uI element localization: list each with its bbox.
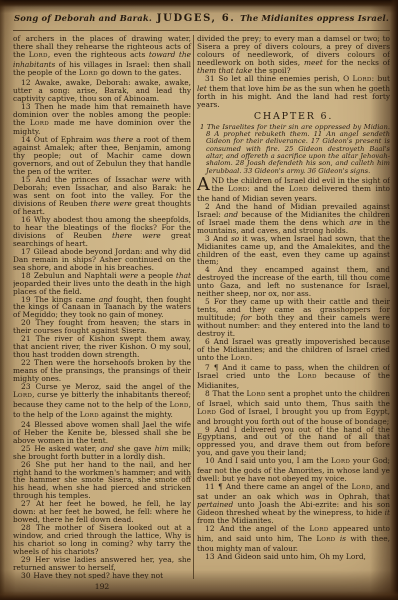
verse-paragraph: 5 For they came up with their cattle and… — [197, 298, 390, 338]
lord-smallcaps: LORD — [247, 389, 266, 398]
page-left-edge — [0, 0, 5, 600]
verse-number: 9 — [205, 425, 215, 434]
verse-paragraph: 28 The mother of Sisera looked out at a … — [13, 524, 191, 556]
drop-cap: A — [197, 177, 212, 192]
verse-paragraph: 6 And Israel was greatly impoverished be… — [197, 338, 390, 364]
chapter-heading: CHAPTER 6. — [197, 113, 390, 121]
lord-smallcaps: LORD — [228, 184, 247, 193]
page-bottom-edge — [0, 591, 398, 600]
verse-number: 7 — [205, 363, 214, 372]
verse-paragraph: 12 Awake, awake, Deborah: awake, awake, … — [13, 79, 191, 103]
verse-number: 25 — [21, 444, 34, 453]
verse-number: 31 — [205, 74, 218, 83]
lord-smallcaps: LORD — [169, 400, 188, 409]
lord-smallcaps: LORD — [351, 482, 370, 491]
verse-paragraph: 26 She put her hand to the nail, and her… — [13, 461, 191, 501]
verse-paragraph: 17 Gilead abode beyond Jordan: and why d… — [13, 248, 191, 272]
column-left: of archers in the places of drawing wate… — [13, 35, 191, 579]
verse-paragraph: AND the children of Israel did evil in t… — [197, 177, 390, 203]
verse-paragraph: 20 They fought from heaven; the stars in… — [13, 319, 191, 335]
lord-smallcaps: LORD — [29, 50, 48, 59]
verse-number: 10 — [205, 456, 218, 465]
verse-number: 8 — [205, 389, 213, 398]
verse-number: 13 — [21, 102, 35, 111]
verse-paragraph: 22 Then were the horsehoofs broken by th… — [13, 359, 191, 383]
verse-number: 5 — [205, 297, 214, 306]
bible-page: Song of Deborah and Barak. JUDGES, 6. Th… — [0, 0, 398, 600]
verse-paragraph: 27 At her feet he bowed, he fell, he lay… — [13, 500, 191, 524]
verse-number: 15 — [21, 175, 36, 184]
lord-smallcaps: LORD — [289, 184, 308, 193]
verse-number: 3 — [205, 234, 213, 243]
verse-number: 18 — [21, 271, 34, 280]
column-divider-rule — [193, 35, 194, 579]
running-head-left: Song of Deborah and Barak. — [14, 13, 152, 23]
lord-smallcaps: LORD — [353, 74, 372, 83]
verse-number: 30 — [21, 571, 33, 579]
verse-number: 28 — [21, 523, 36, 532]
verse-paragraph: 3 And so it was, when Israel had sown, t… — [197, 235, 390, 267]
verse-paragraph: 14 Out of Ephraim was there a root of th… — [13, 136, 191, 176]
verse-paragraph: 2 And the hand of Midian prevailed again… — [197, 203, 390, 235]
page-number: 192 — [13, 582, 191, 591]
verse-number: 29 — [21, 555, 35, 564]
verse-paragraph: of archers in the places of drawing wate… — [13, 35, 191, 79]
verse-paragraph: 4 And they encamped against them, and de… — [197, 266, 390, 298]
verse-number: 26 — [21, 460, 35, 469]
verse-paragraph: 31 So let all thine enemies perish, O LO… — [197, 75, 390, 109]
chapter-summary: 1 The Israelites for their sin are oppre… — [197, 124, 390, 175]
verse-number: 14 — [21, 135, 34, 144]
lord-smallcaps: LORD — [298, 371, 317, 380]
page-right-edge — [390, 0, 398, 600]
verse-number: 19 — [21, 295, 34, 304]
verse-number: 20 — [21, 318, 36, 327]
lord-smallcaps: LORD — [309, 524, 328, 533]
verse-paragraph: 29 Her wise ladies answered her, yea, sh… — [13, 556, 191, 572]
verse-paragraph: 11 ¶ And there came an angel of the LORD… — [197, 483, 390, 525]
verse-paragraph: 13 And Gideon said unto him, Oh my Lord, — [197, 553, 390, 561]
verse-paragraph: 13 Then he made him that remaineth have … — [13, 103, 191, 137]
verse-paragraph: 24 Blessed above women shall Jael the wi… — [13, 421, 191, 445]
verse-paragraph: 30 Have they not sped? have they not — [13, 572, 191, 579]
verse-paragraph: 25 He asked water, and she gave him milk… — [13, 445, 191, 461]
verse-paragraph: 21 The river of Kishon swept them away, … — [13, 335, 191, 359]
verse-number: 27 — [21, 499, 36, 508]
column-right: divided the prey; to every man a damsel … — [197, 35, 390, 579]
verse-number: 4 — [205, 265, 218, 274]
header-rule — [13, 30, 390, 31]
verse-paragraph: 18 Zebulun and Naphtali were a people th… — [13, 272, 191, 296]
verse-paragraph: 19 The kings came and fought, then fough… — [13, 296, 191, 320]
verse-number: 22 — [21, 358, 34, 367]
verse-number: 16 — [21, 215, 34, 224]
verse-number: 11 — [205, 482, 218, 491]
verse-paragraph: 8 That the LORD sent a prophet unto the … — [197, 390, 390, 426]
verse-paragraph: 23 Curse ye Meroz, said the angel of the… — [13, 383, 191, 421]
lord-smallcaps: LORD — [79, 68, 98, 77]
verse-number: 24 — [21, 420, 34, 429]
verse-number: 12 — [205, 524, 220, 533]
verse-paragraph: 16 Why abodest thou among the sheepfolds… — [13, 216, 191, 248]
verse-number: 2 — [205, 202, 216, 211]
verse-number: 21 — [21, 334, 36, 343]
verse-paragraph: 15 And the princes of Issachar were with… — [13, 176, 191, 216]
verse-number: 13 — [205, 552, 217, 561]
running-head: Song of Deborah and Barak. JUDGES, 6. Th… — [14, 13, 389, 24]
verse-number: 12 — [21, 78, 35, 87]
running-head-center: JUDGES, 6. — [157, 13, 236, 24]
verse-number: 6 — [205, 337, 214, 346]
verse-paragraph: divided the prey; to every man a damsel … — [197, 35, 390, 75]
verse-paragraph: 9 And I delivered you out of the hand of… — [197, 426, 390, 458]
lord-smallcaps: LORD — [316, 534, 335, 543]
lord-smallcaps: LORD — [331, 456, 350, 465]
lord-smallcaps: LORD — [231, 353, 250, 362]
verse-paragraph: 10 And I said unto you, I am the LORD yo… — [197, 457, 390, 483]
verse-number: 17 — [21, 247, 34, 256]
lord-smallcaps: LORD — [80, 410, 99, 419]
lord-smallcaps: LORD — [13, 390, 32, 399]
lord-smallcaps: LORD — [30, 118, 49, 127]
text-block: of archers in the places of drawing wate… — [13, 35, 390, 579]
page-top-edge — [0, 0, 398, 7]
lord-smallcaps: LORD — [197, 407, 216, 416]
verse-paragraph: 7 ¶ And it came to pass, when the childr… — [197, 364, 390, 390]
verse-paragraph: 12 And the angel of the LORD appeared un… — [197, 525, 390, 553]
running-head-right: The Midianites oppress Israel. — [240, 13, 389, 23]
